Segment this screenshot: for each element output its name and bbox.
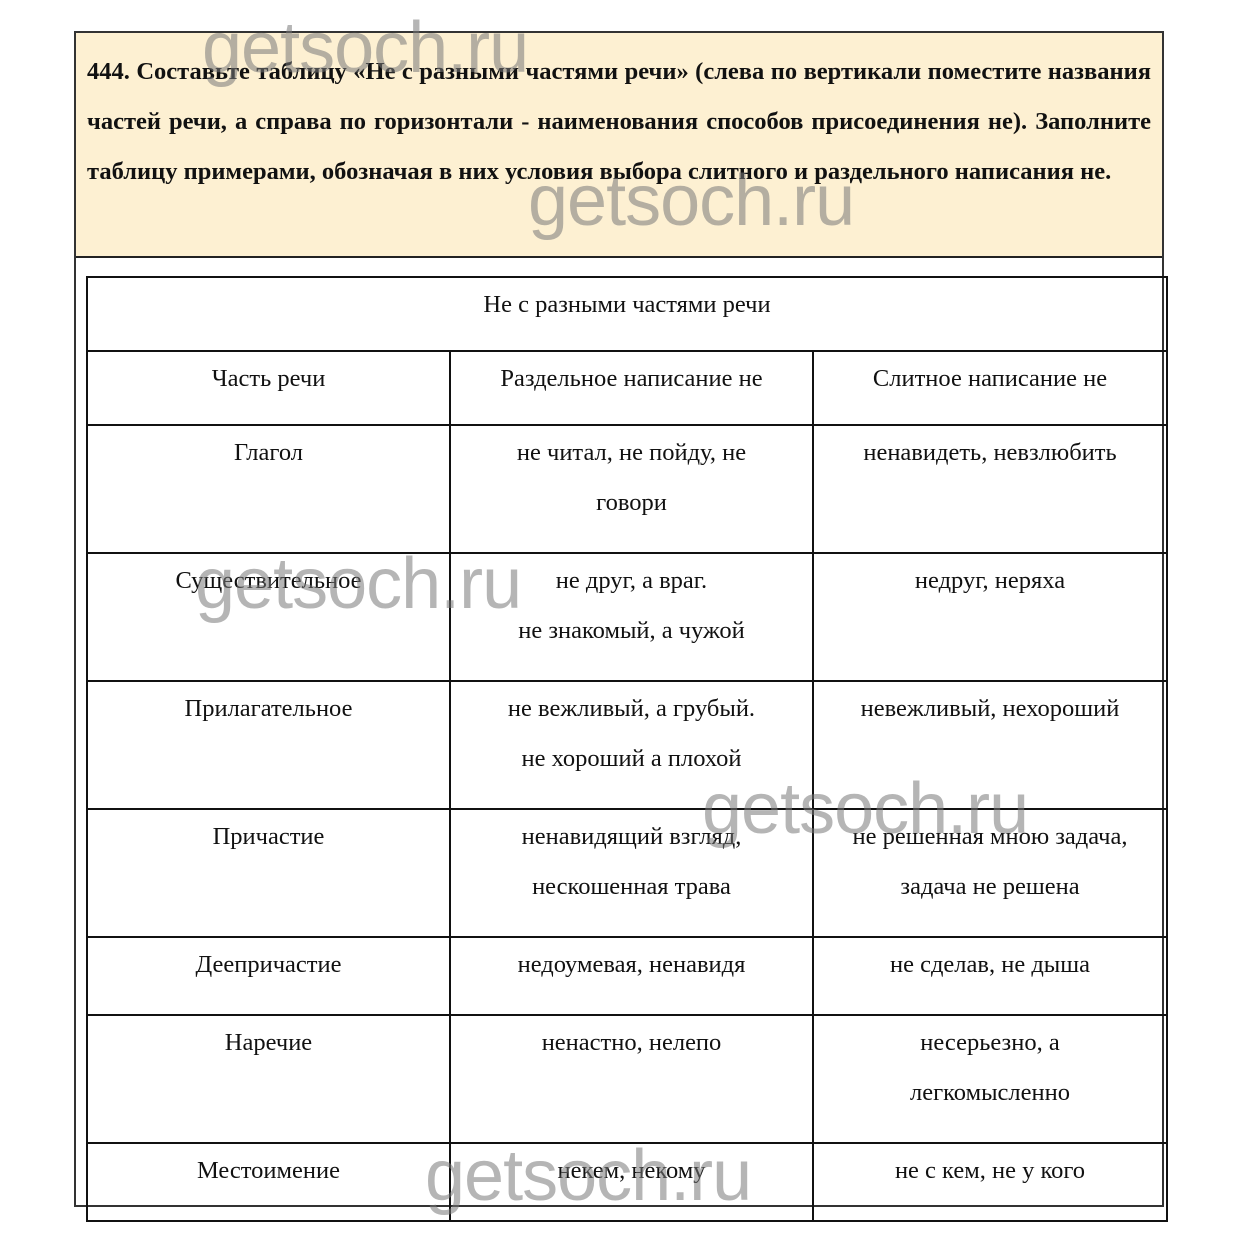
cell-line: ненавидеть, невзлюбить xyxy=(820,428,1160,478)
cell-line: ненавидящий взгляд, xyxy=(457,812,806,862)
table-row: Существительноене друг, а враг.не знаком… xyxy=(87,553,1167,681)
task-statement-text: 444. Составьте таблицу «Не с разными час… xyxy=(87,47,1151,197)
cell-line: задача не решена xyxy=(820,862,1160,912)
cell-line: не знакомый, а чужой xyxy=(457,606,806,656)
separate-spelling-cell: ненавидящий взгляд,нескошенная трава xyxy=(450,809,813,937)
table-title: Не с разными частями речи xyxy=(87,277,1167,351)
table-row: Прилагательноене вежливый, а грубый.не х… xyxy=(87,681,1167,809)
part-of-speech-cell: Наречие xyxy=(87,1015,450,1143)
separate-spelling-cell: не друг, а враг.не знакомый, а чужой xyxy=(450,553,813,681)
cell-line: не вежливый, а грубый. xyxy=(457,684,806,734)
part-of-speech-cell: Причастие xyxy=(87,809,450,937)
table-title-row: Не с разными частями речи xyxy=(87,277,1167,351)
joined-spelling-cell: несерьезно, алегкомысленно xyxy=(813,1015,1167,1143)
header-part-of-speech: Часть речи xyxy=(87,351,450,425)
joined-spelling-cell: не решенная мною задача,задача не решена xyxy=(813,809,1167,937)
cell-line: не хороший а плохой xyxy=(457,734,806,784)
ne-parts-of-speech-table: Не с разными частями речи Часть речи Раз… xyxy=(86,276,1168,1222)
part-of-speech-cell: Местоимение xyxy=(87,1143,450,1221)
cell-line: невежливый, нехороший xyxy=(820,684,1160,734)
separate-spelling-cell: недоумевая, ненавидя xyxy=(450,937,813,1015)
cell-line: не читал, не пойду, не xyxy=(457,428,806,478)
table-container: Не с разными частями речи Часть речи Раз… xyxy=(86,276,1166,1222)
separate-spelling-cell: ненастно, нелепо xyxy=(450,1015,813,1143)
header-joined-spelling: Слитное написание не xyxy=(813,351,1167,425)
cell-line: говори xyxy=(457,478,806,528)
cell-line: не друг, а враг. xyxy=(457,556,806,606)
table-row: Наречиененастно, нелепонесерьезно, алегк… xyxy=(87,1015,1167,1143)
cell-line: ненастно, нелепо xyxy=(457,1018,806,1068)
separate-spelling-cell: не читал, не пойду, неговори xyxy=(450,425,813,553)
table-row: Глаголне читал, не пойду, неговориненави… xyxy=(87,425,1167,553)
cell-line: нескошенная трава xyxy=(457,862,806,912)
joined-spelling-cell: не сделав, не дыша xyxy=(813,937,1167,1015)
part-of-speech-cell: Деепричастие xyxy=(87,937,450,1015)
separate-spelling-cell: не вежливый, а грубый.не хороший а плохо… xyxy=(450,681,813,809)
cell-line: легкомысленно xyxy=(820,1068,1160,1118)
cell-line: несерьезно, а xyxy=(820,1018,1160,1068)
joined-spelling-cell: ненавидеть, невзлюбить xyxy=(813,425,1167,553)
task-statement-box: 444. Составьте таблицу «Не с разными час… xyxy=(76,33,1162,258)
part-of-speech-cell: Прилагательное xyxy=(87,681,450,809)
separate-spelling-cell: некем, некому xyxy=(450,1143,813,1221)
table-row: Деепричастиенедоумевая, ненавидяне сдела… xyxy=(87,937,1167,1015)
header-separate-spelling: Раздельное написание не xyxy=(450,351,813,425)
cell-line: недруг, неряха xyxy=(820,556,1160,606)
cell-line: недоумевая, ненавидя xyxy=(457,940,806,990)
cell-line: не с кем, не у кого xyxy=(820,1146,1160,1196)
joined-spelling-cell: недруг, неряха xyxy=(813,553,1167,681)
cell-line: некем, некому xyxy=(457,1146,806,1196)
joined-spelling-cell: невежливый, нехороший xyxy=(813,681,1167,809)
table-row: Местоимениенекем, некомуне с кем, не у к… xyxy=(87,1143,1167,1221)
exercise-frame: 444. Составьте таблицу «Не с разными час… xyxy=(74,31,1164,1207)
cell-line: не решенная мною задача, xyxy=(820,812,1160,862)
table-header-row: Часть речи Раздельное написание не Слитн… xyxy=(87,351,1167,425)
part-of-speech-cell: Существительное xyxy=(87,553,450,681)
cell-line: не сделав, не дыша xyxy=(820,940,1160,990)
part-of-speech-cell: Глагол xyxy=(87,425,450,553)
table-row: Причастиененавидящий взгляд,нескошенная … xyxy=(87,809,1167,937)
joined-spelling-cell: не с кем, не у кого xyxy=(813,1143,1167,1221)
